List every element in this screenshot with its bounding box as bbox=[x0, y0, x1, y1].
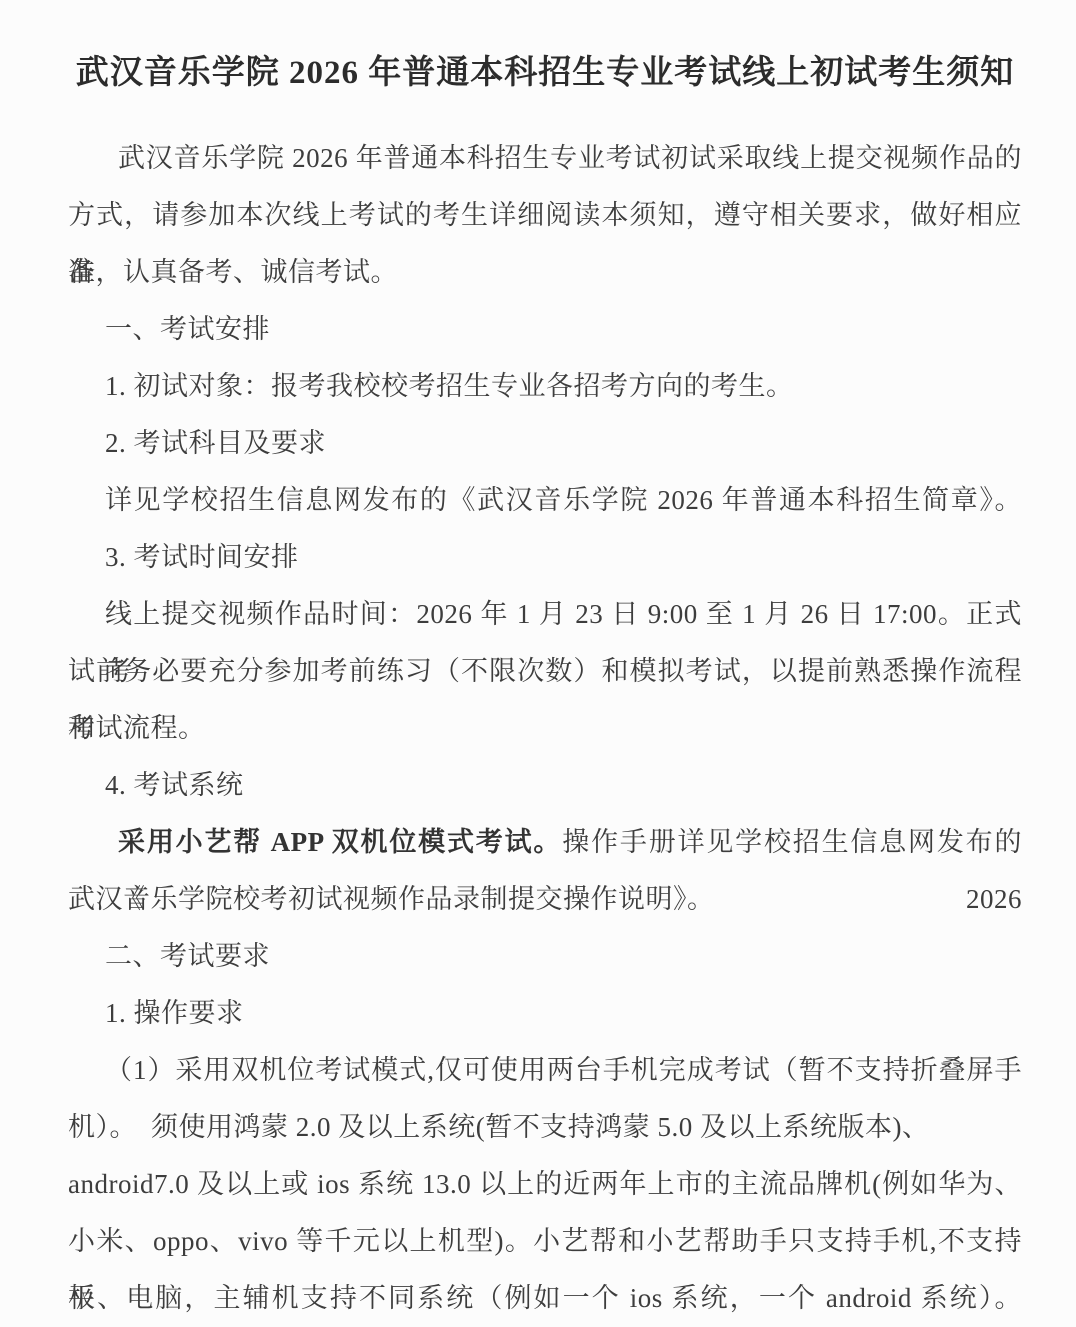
operation-req-line-5: 板、电脑，主辅机支持不同系统（例如一个 ios 系统，一个 android 系统… bbox=[68, 1270, 1022, 1327]
item-2-subjects-heading: 2. 考试科目及要求 bbox=[68, 415, 1022, 472]
intro-line-1: 武汉音乐学院 2026 年普通本科招生专业考试初试采取线上提交视频作品的 bbox=[68, 130, 1022, 187]
item-4-system-heading: 4. 考试系统 bbox=[68, 757, 1022, 814]
section-1-heading: 一、考试安排 bbox=[68, 301, 1022, 358]
operation-req-line-1: （1）采用双机位考试模式,仅可使用两台手机完成考试（暂不支持折叠屏手 bbox=[68, 1042, 1022, 1099]
intro-line-3: 备，认真备考、诚信考试。 bbox=[68, 244, 1022, 301]
document-page: 武汉音乐学院 2026 年普通本科招生专业考试线上初试考生须知 武汉音乐学院 2… bbox=[0, 0, 1076, 1327]
item-2-subjects-detail: 详见学校招生信息网发布的《武汉音乐学院 2026 年普通本科招生简章》。 bbox=[68, 472, 1022, 529]
item-3-schedule-line-1: 线上提交视频作品时间：2026 年 1 月 23 日 9:00 至 1 月 26… bbox=[68, 586, 1022, 643]
title-block: 武汉音乐学院 2026 年普通本科招生专业考试线上初试考生须知 bbox=[68, 0, 1022, 130]
intro-line-2: 方式，请参加本次线上考试的考生详细阅读本须知，遵守相关要求，做好相应准 bbox=[68, 187, 1022, 244]
operation-req-line-2: 机）。 须使用鸿蒙 2.0 及以上系统(暂不支持鸿蒙 5.0 及以上系统版本)、 bbox=[68, 1099, 1022, 1156]
operation-req-line-3: android7.0 及以上或 ios 系统 13.0 以上的近两年上市的主流品… bbox=[68, 1156, 1022, 1213]
section-2-heading: 二、考试要求 bbox=[68, 928, 1022, 985]
item-3-schedule-line-2: 试前务必要充分参加考前练习（不限次数）和模拟考试，以提前熟悉操作流程和 bbox=[68, 643, 1022, 700]
item-3-schedule-line-3: 考试流程。 bbox=[68, 700, 1022, 757]
page-title: 武汉音乐学院 2026 年普通本科招生专业考试线上初试考生须知 bbox=[68, 50, 1022, 96]
item-4-system-line-1: 采用小艺帮 APP 双机位模式考试。操作手册详见学校招生信息网发布的《2026 bbox=[68, 814, 1022, 871]
item-3-schedule-heading: 3. 考试时间安排 bbox=[68, 529, 1022, 586]
exam-app-emphasis: 采用小艺帮 APP 双机位模式考试。 bbox=[118, 827, 562, 857]
item-1-first-test-target: 1. 初试对象：报考我校校考招生专业各招考方向的考生。 bbox=[68, 358, 1022, 415]
operation-req-line-4: 小米、oppo、vivo 等千元以上机型)。小艺帮和小艺帮助手只支持手机,不支持… bbox=[68, 1213, 1022, 1270]
operation-req-heading: 1. 操作要求 bbox=[68, 985, 1022, 1042]
